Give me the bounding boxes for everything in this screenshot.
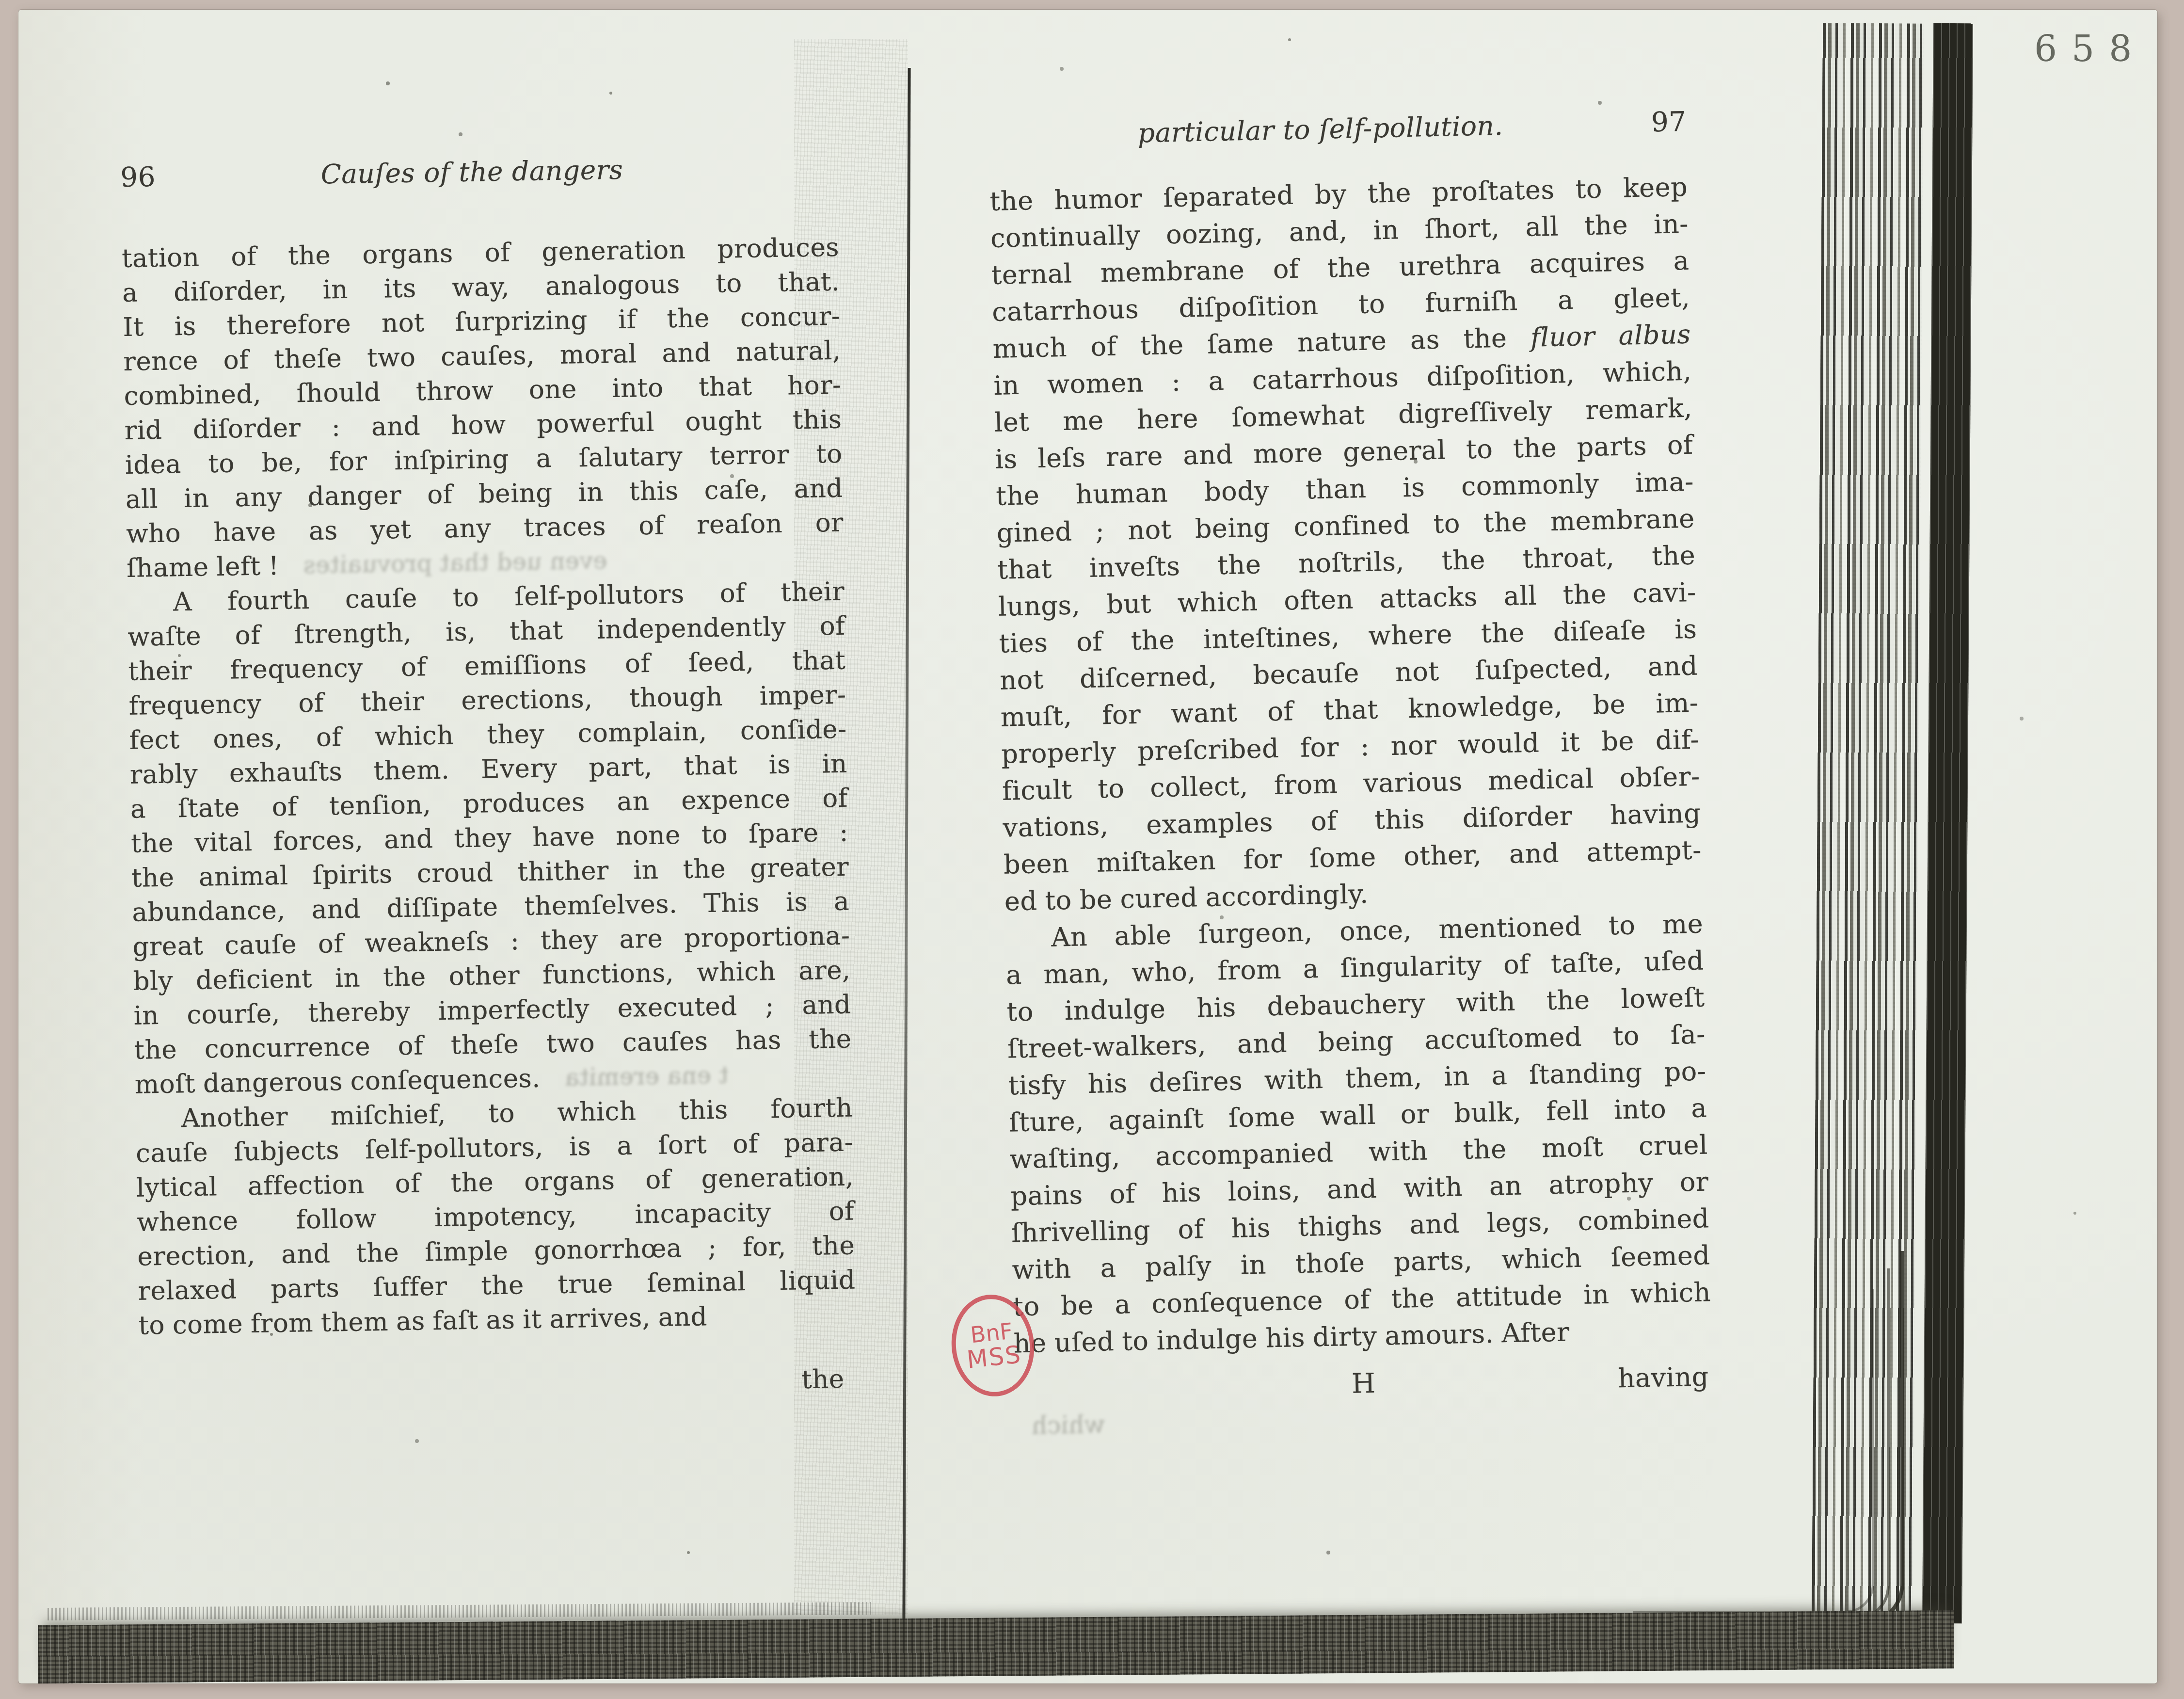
paragraph: Anothermiſchief,towhichthisfourthcauſeſu… [135, 1091, 857, 1343]
book-cover-edge [1922, 23, 1973, 1623]
page-corner-line [1633, 1289, 1874, 1613]
scan-background: 658 96 Cauſes of the dangers tationofthe… [0, 0, 2184, 1699]
archive-folio-number: 658 [2034, 28, 2146, 70]
right-page-header: particular to ſelf-pollution. 97 [988, 104, 1687, 154]
showthrough-smudge: t ena eremita [564, 1058, 729, 1095]
left-running-title: Cauſes of the dangers [222, 149, 838, 193]
showthrough-smudge: which [1032, 1410, 1105, 1440]
right-running-title: particular to ſelf-pollution. [988, 106, 1585, 154]
gutter-fold-texture [794, 39, 908, 1615]
right-page-text: thehumorſeparatedbytheproſtatestokeepcon… [989, 169, 1712, 1362]
left-page-text: tationoftheorgansofgenerationproducesadi… [122, 230, 857, 1343]
right-page: particular to ſelf-pollution. 97 thehumo… [988, 104, 1713, 1412]
left-page-header: 96 Cauſes of the dangers [120, 149, 838, 195]
paragraph: Anableſurgeon,once,mentionedtomeaman,who… [1005, 905, 1712, 1362]
book-page-photograph: 658 96 Cauſes of the dangers tationofthe… [18, 10, 2157, 1683]
signature-row: H having [1014, 1358, 1713, 1411]
stamp-text-mss: MSS [966, 1342, 1022, 1373]
left-page-number: 96 [120, 159, 223, 195]
left-catchword-row: the [139, 1362, 857, 1407]
left-page: 96 Cauſes of the dangers tationoftheorga… [120, 149, 857, 1408]
gathering-signature: H [1014, 1358, 1713, 1410]
showthrough-smudge: even ued that provuaites [303, 544, 607, 583]
right-page-number: 97 [1584, 105, 1687, 142]
page-corner-edges [1633, 1251, 1904, 1627]
bottom-exposure-streak [48, 1602, 872, 1620]
dust-specks [18, 10, 20, 12]
paragraph: tationoftheorgansofgenerationproducesadi… [122, 230, 845, 586]
paragraph: thehumorſeparatedbytheproſtatestokeepcon… [989, 169, 1703, 920]
bottom-exposure-band [38, 1610, 1954, 1683]
paragraph: Afourthcauſetoſelf-pollutorsoftheirwaſte… [127, 575, 853, 1102]
